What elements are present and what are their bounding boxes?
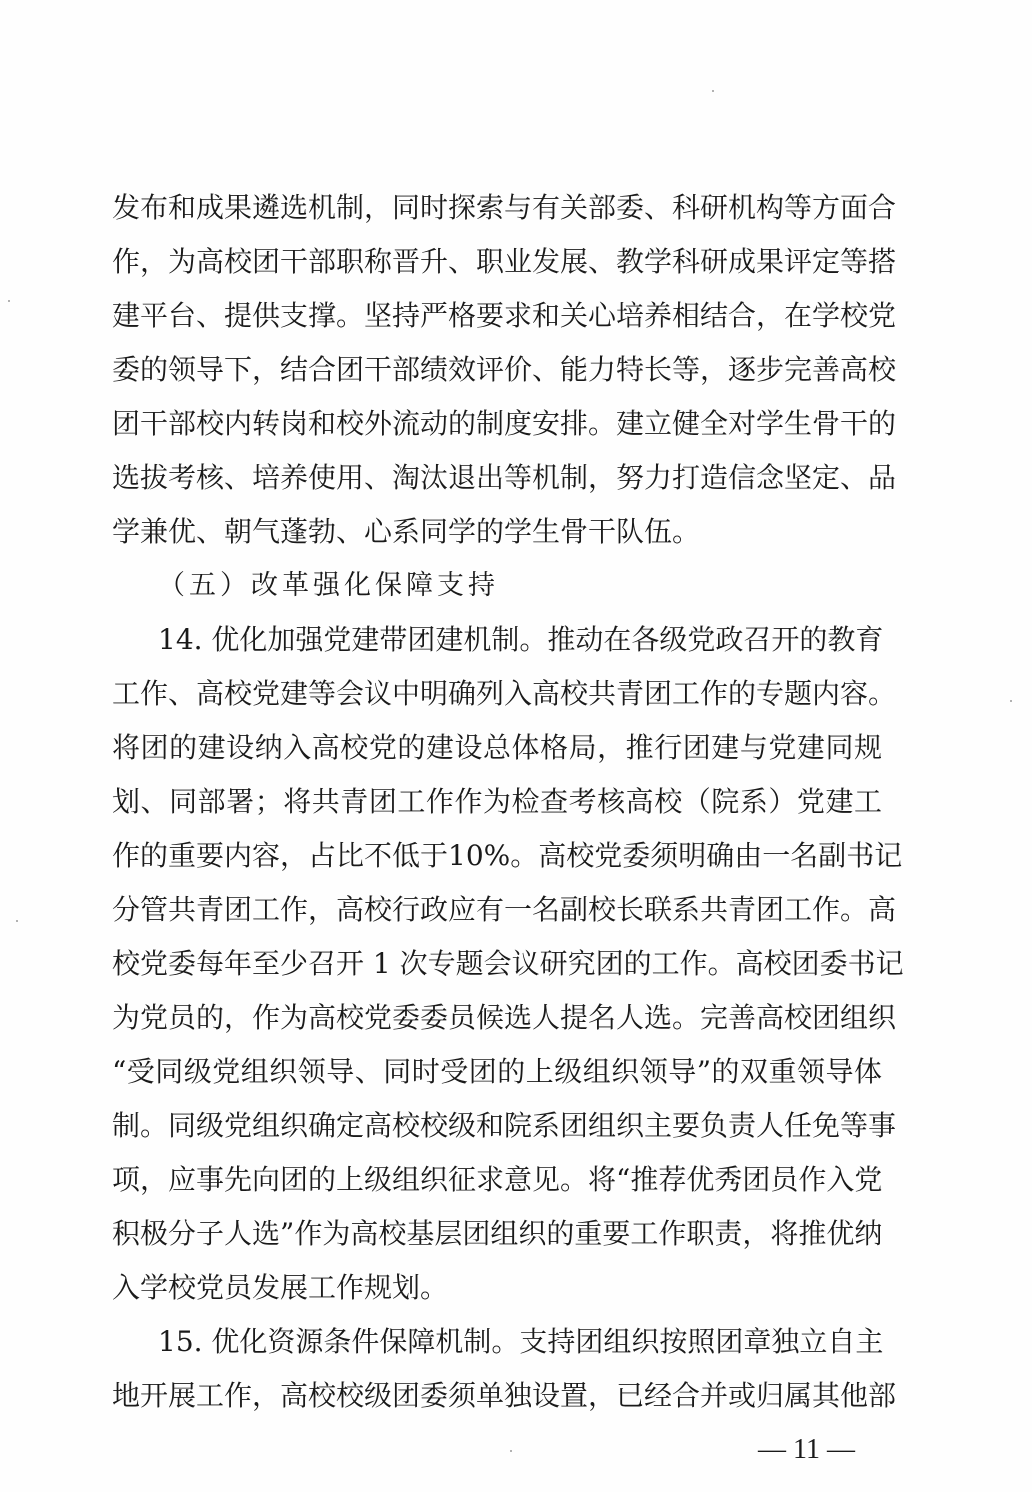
text-line: 校党委每年至少召开 1 次专题会议研究团的工作。高校团委书记	[112, 944, 882, 984]
scan-speck	[8, 300, 10, 302]
text-line: 将团的建设纳入高校党的建设总体格局，推行团建与党建同规	[112, 728, 882, 768]
text-line: 入学校党员发展工作规划。	[112, 1268, 882, 1308]
page-number: — 11 —	[758, 1430, 855, 1470]
text-line: 分管共青团工作，高校行政应有一名副校长联系共青团工作。高	[112, 890, 882, 930]
text-line: 制。同级党组织确定高校校级和院系团组织主要负责人任免等事	[112, 1106, 882, 1146]
text-line: 发布和成果遴选机制，同时探索与有关部委、科研机构等方面合	[112, 188, 882, 228]
text-line: “受同级党组织领导、同时受团的上级组织领导”的双重领导体	[112, 1052, 882, 1092]
text-line: 14. 优化加强党建带团建机制。推动在各级党政召开的教育	[158, 620, 882, 660]
text-line: 团干部校内转岗和校外流动的制度安排。建立健全对学生骨干的	[112, 404, 882, 444]
text-line: 地开展工作，高校校级团委须单独设置，已经合并或归属其他部	[112, 1376, 882, 1416]
text-line: 工作、高校党建等会议中明确列入高校共青团工作的专题内容。	[112, 674, 882, 714]
scan-speck	[1010, 700, 1012, 702]
text-line: 委的领导下，结合团干部绩效评价、能力特长等，逐步完善高校	[112, 350, 882, 390]
scan-speck	[712, 90, 714, 92]
scan-speck	[510, 1450, 512, 1452]
text-line: 15. 优化资源条件保障机制。支持团组织按照团章独立自主	[158, 1322, 882, 1362]
text-line: 学兼优、朝气蓬勃、心系同学的学生骨干队伍。	[112, 512, 882, 552]
text-line: 作的重要内容，占比不低于10%。高校党委须明确由一名副书记	[112, 836, 882, 876]
text-line: 划、同部署；将共青团工作作为检查考核高校（院系）党建工	[112, 782, 882, 822]
text-line: 积极分子人选”作为高校基层团组织的重要工作职责，将推优纳	[112, 1214, 882, 1254]
section-heading: （五）改革强化保障支持	[158, 566, 499, 606]
text-line: 选拔考核、培养使用、淘汰退出等机制，努力打造信念坚定、品	[112, 458, 882, 498]
text-line: 建平台、提供支撑。坚持严格要求和关心培养相结合，在学校党	[112, 296, 882, 336]
text-line: 项，应事先向团的上级组织征求意见。将“推荐优秀团员作入党	[112, 1160, 882, 1200]
text-line: 为党员的，作为高校党委委员候选人提名人选。完善高校团组织	[112, 998, 882, 1038]
scan-speck	[16, 920, 18, 922]
document-page: 发布和成果遴选机制，同时探索与有关部委、科研机构等方面合 作，为高校团干部职称晋…	[0, 0, 1032, 1492]
text-line: 作，为高校团干部职称晋升、职业发展、教学科研成果评定等搭	[112, 242, 882, 282]
